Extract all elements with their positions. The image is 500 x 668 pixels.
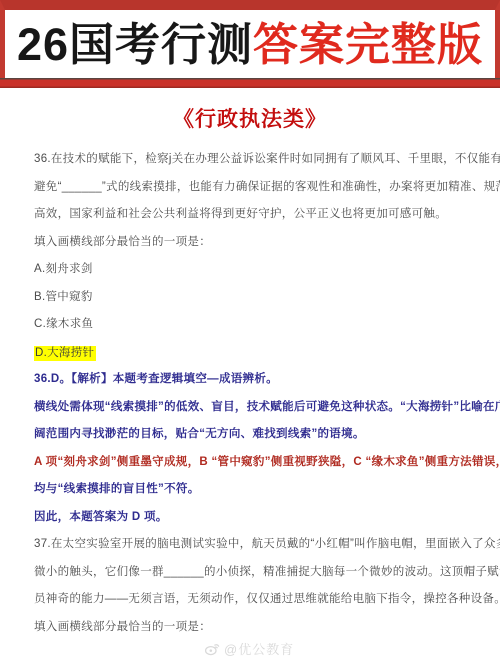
page-title-black-part: 26国考行测 — [17, 19, 253, 70]
banner: 26国考行测答案完整版 — [0, 0, 500, 78]
analysis-36-line: 横线处需体现“线索摸排”的低效、盲目，技术赋能后可避免这种状态。“大海捞针”比喻… — [34, 401, 466, 414]
option-d-highlighted: D.大海捞针 — [34, 346, 466, 359]
watermark-text: @优公教育 — [224, 639, 294, 658]
page-title-red-part: 答案完整版 — [253, 19, 483, 70]
option-c: C.缘木求鱼 — [34, 318, 466, 331]
question-36-line: 36.在技术的赋能下，检察j关在办理公益诉讼案件时如同拥有了顺风耳、千里眼，不仅… — [34, 153, 466, 166]
answer-highlight: D.大海捞针 — [34, 346, 96, 361]
analysis-36-header: 36.D。【解析】本题考查逻辑填空—成语辨析。 — [34, 373, 466, 386]
page-title: 26国考行测答案完整版 — [17, 22, 483, 67]
question-36-line: 避免“______”式的线索摸排，也能有力确保证据的客观性和准确性，办案将更加精… — [34, 181, 466, 194]
watermark: @优公教育 — [204, 639, 294, 658]
question-36-line: 高效，国家利益和社会公共利益将得到更好守护，公平正义也将更加可感可触。 — [34, 208, 466, 221]
question-37-line: 员神奇的能力——无须言语，无须动作，仅仅通过思维就能给电脑下指令，操控各种设备。 — [34, 593, 466, 606]
section-title: 《行政执法类》 — [34, 103, 466, 133]
option-b: B.管中窥豹 — [34, 291, 466, 304]
option-a: A.刻舟求剑 — [34, 263, 466, 276]
exam-answer-poster: 26国考行测答案完整版 《行政执法类》 36.在技术的赋能下，检察j关在办理公益… — [0, 0, 500, 668]
analysis-36-line: 均与“线索摸排的盲目性”不符。 — [34, 483, 466, 496]
banner-divider — [0, 78, 500, 88]
analysis-36-line: A 项“刻舟求剑”侧重墨守成规，B “管中窥豹”侧重视野狭隘，C “缘木求鱼”侧… — [34, 456, 466, 469]
analysis-36-line: 阔范围内寻找渺茫的目标，贴合“无方向、难找到线索”的语境。 — [34, 428, 466, 441]
analysis-36-conclusion: 因此，本题答案为 D 项。 — [34, 511, 466, 524]
question-37-line: 37.在太空实验室开展的脑电测试实验中，航天员戴的“小红帽”叫作脑电帽，里面嵌入… — [34, 538, 466, 551]
question-37-prompt: 填入画横线部分最恰当的一项是： — [34, 621, 466, 634]
question-36-prompt: 填入画横线部分最恰当的一项是： — [34, 236, 466, 249]
document-body: 《行政执法类》 36.在技术的赋能下，检察j关在办理公益诉讼案件时如同拥有了顺风… — [0, 88, 500, 634]
question-37-line: 微小的触头，它们像一群______的小侦探，精准捕捉大脑每一个微妙的波动。这顶帽… — [34, 566, 466, 579]
weibo-icon — [204, 642, 220, 656]
